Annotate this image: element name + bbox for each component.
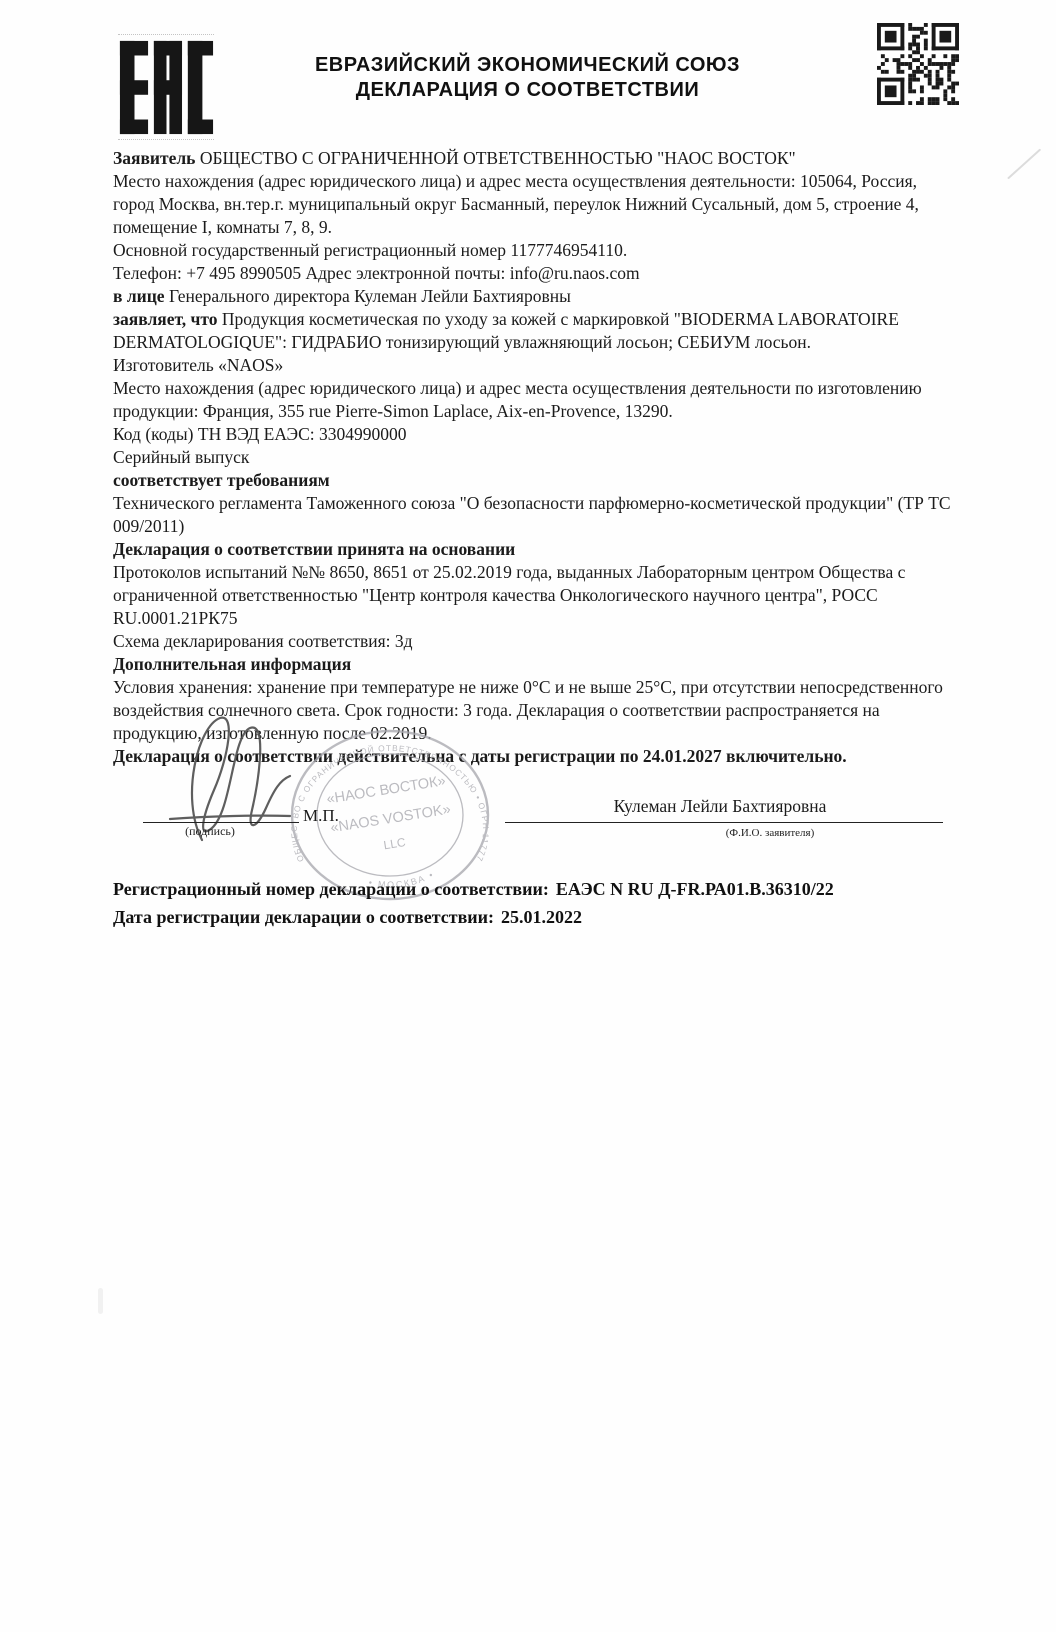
reg-number-line: Регистрационный номер декларации о соотв…	[113, 879, 834, 900]
stamp-center-llc: LLC	[383, 835, 407, 852]
paragraph-test-protocols: Протоколов испытаний №№ 8650, 8651 от 25…	[113, 561, 958, 630]
signature-line	[143, 798, 299, 823]
scan-dotted-line	[118, 139, 214, 140]
declaration-page: ЕВРАЗИЙСКИЙ ЭКОНОМИЧЕСКИЙ СОЮЗ ДЕКЛАРАЦИ…	[0, 0, 1056, 1632]
podpis-label: (подпись)	[150, 824, 270, 839]
paragraph-tech-regulation: Технического регламента Таможенного союз…	[113, 492, 958, 538]
paragraph-declaration-scheme: Схема декларирования соответствия: 3д	[113, 630, 958, 653]
mp-label: М.П.	[303, 806, 339, 826]
paragraph-manufacturer: Изготовитель «NAOS»	[113, 354, 958, 377]
field-label: Заявитель	[113, 148, 195, 168]
paragraph-declares-product: заявляет, что Продукция косметическая по…	[113, 308, 958, 354]
reg-number-value: ЕАЭС N RU Д-FR.РА01.В.36310/22	[556, 879, 834, 899]
paragraph-represented-by: в лице Генерального директора Кулеман Ле…	[113, 285, 958, 308]
fio-label: (Ф.И.О. заявителя)	[660, 827, 880, 839]
reg-date-label: Дата регистрации декларации о соответств…	[113, 907, 494, 927]
doc-title: ЕВРАЗИЙСКИЙ ЭКОНОМИЧЕСКИЙ СОЮЗ ДЕКЛАРАЦИ…	[255, 53, 800, 103]
applicant-name: Кулеман Лейли Бахтияровна	[520, 796, 920, 817]
paragraph-manufacturer-address: Место нахождения (адрес юридического лиц…	[113, 377, 958, 423]
field-label: заявляет, что	[113, 309, 218, 329]
paragraph-tnved-code: Код (коды) ТН ВЭД ЕАЭС: 3304990000	[113, 423, 958, 446]
declaration-body: Заявитель ОБЩЕСТВО С ОГРАНИЧЕННОЙ ОТВЕТС…	[113, 147, 958, 768]
reg-date-line: Дата регистрации декларации о соответств…	[113, 907, 582, 928]
paragraph-ogrn: Основной государственный регистрационный…	[113, 239, 958, 262]
scan-speck-artifact	[98, 1288, 103, 1314]
reg-number-label: Регистрационный номер декларации о соотв…	[113, 879, 549, 899]
paragraph-additional-info-heading: Дополнительная информация	[113, 653, 958, 676]
eac-mark-glyph	[118, 38, 215, 137]
scan-scratch-artifact	[1007, 148, 1041, 179]
title-line-union: ЕВРАЗИЙСКИЙ ЭКОНОМИЧЕСКИЙ СОЮЗ	[255, 53, 800, 78]
paragraph-complies-heading: соответствует требованиям	[113, 469, 958, 492]
qr-code	[874, 23, 962, 105]
paragraph-basis-heading: Декларация о соответствии принята на осн…	[113, 538, 958, 561]
field-label: в лице	[113, 286, 165, 306]
scan-dotted-line	[118, 34, 214, 35]
eac-logo	[118, 38, 215, 137]
paragraph-applicant-address: Место нахождения (адрес юридического лиц…	[113, 170, 958, 239]
paragraph-phone-email: Телефон: +7 495 8990505 Адрес электронно…	[113, 262, 958, 285]
paragraph-applicant: Заявитель ОБЩЕСТВО С ОГРАНИЧЕННОЙ ОТВЕТС…	[113, 147, 958, 170]
paragraph-serial-issue: Серийный выпуск	[113, 446, 958, 469]
reg-date-value: 25.01.2022	[501, 907, 582, 927]
title-line-declaration: ДЕКЛАРАЦИЯ О СООТВЕТСТВИИ	[255, 78, 800, 103]
